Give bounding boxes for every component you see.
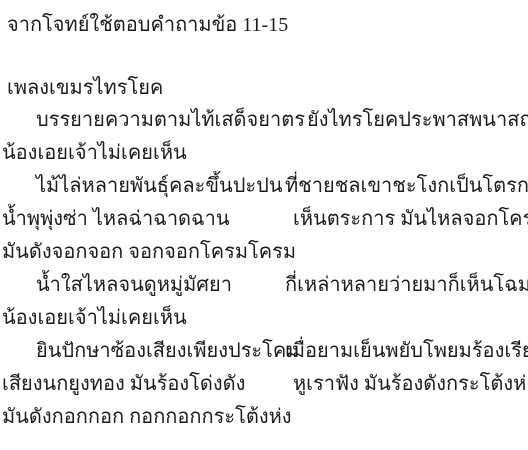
poem-hemistich-left: น้ำใสไหลจนดูหมู่มัศยา [36, 269, 232, 302]
poem-hemistich-right: ยังไทรโยคประพาสพนาสณฑ์ [307, 104, 528, 137]
song-title: เพลงเขมรไทรโยค [7, 71, 163, 103]
poem-hemistich-left: มันดังจอกจอก จอกจอกโครมโครม [2, 236, 296, 269]
poem-hemistich-right: เมื่อยามเย็นพยับโพยมร้องเรียกรัง [285, 335, 528, 368]
poem-line: มันดังกอกกอก กอกกอกกระโต้งห่ง [0, 401, 528, 434]
poem-hemistich-right: เห็นตระการ มันไหลจอกโครม [293, 203, 528, 236]
poem-line: บรรยายความตามไท้เสด็จยาตร ยังไทรโยคประพา… [0, 104, 528, 137]
document-page: จากโจทย์ใช้ตอบคำถามข้อ 11-15 เพลงเขมรไทร… [0, 0, 528, 450]
poem-hemistich-left: น้ำพุพุ่งซ่า ไหลฉ่าฉาดฉาน [2, 203, 230, 236]
poem-line: เสียงนกยูงทอง มันร้องโด่งดัง หูเราฟัง มั… [0, 368, 528, 401]
poem-hemistich-left: เสียงนกยูงทอง มันร้องโด่งดัง [2, 368, 245, 401]
poem-line: น้องเอยเจ้าไม่เคยเห็น [0, 302, 528, 335]
poem-hemistich-left: บรรยายความตามไท้เสด็จยาตร [36, 104, 305, 137]
poem-hemistich-left: น้องเอยเจ้าไม่เคยเห็น [2, 302, 187, 335]
poem-line: น้ำใสไหลจนดูหมู่มัศยา กี่เหล่าหลายว่ายมา… [0, 269, 528, 302]
poem-hemistich-right: หูเราฟัง มันร้องดังกระโต้งห่ง [293, 368, 528, 401]
poem-line: น้องเอยเจ้าไม่เคยเห็น [0, 137, 528, 170]
poem-hemistich-left: ไม้ไล่หลายพันธุ์คละขึ้นปะปน [36, 170, 283, 203]
poem-line: ยินปักษาซ้องเสียงเพียงประโคม เมื่อยามเย็… [0, 335, 528, 368]
poem-line: ไม้ไล่หลายพันธุ์คละขึ้นปะปน ที่ชายชลเขาช… [0, 170, 528, 203]
poem-hemistich-right: กี่เหล่าหลายว่ายมาก็เห็นโฉม [285, 269, 528, 302]
poem-hemistich-left: มันดังกอกกอก กอกกอกกระโต้งห่ง [2, 401, 292, 434]
poem-hemistich-left: น้องเอยเจ้าไม่เคยเห็น [2, 137, 187, 170]
poem-line: น้ำพุพุ่งซ่า ไหลฉ่าฉาดฉาน เห็นตระการ มัน… [0, 203, 528, 236]
poem-hemistich-left: ยินปักษาซ้องเสียงเพียงประโคม [36, 335, 299, 368]
poem-body: บรรยายความตามไท้เสด็จยาตร ยังไทรโยคประพา… [0, 104, 528, 434]
poem-hemistich-right: ที่ชายชลเขาชะโงกเป็นโตรกธาร [285, 170, 528, 203]
poem-line: มันดังจอกจอก จอกจอกโครมโครม [0, 236, 528, 269]
instruction-text: จากโจทย์ใช้ตอบคำถามข้อ 11-15 [7, 8, 288, 40]
